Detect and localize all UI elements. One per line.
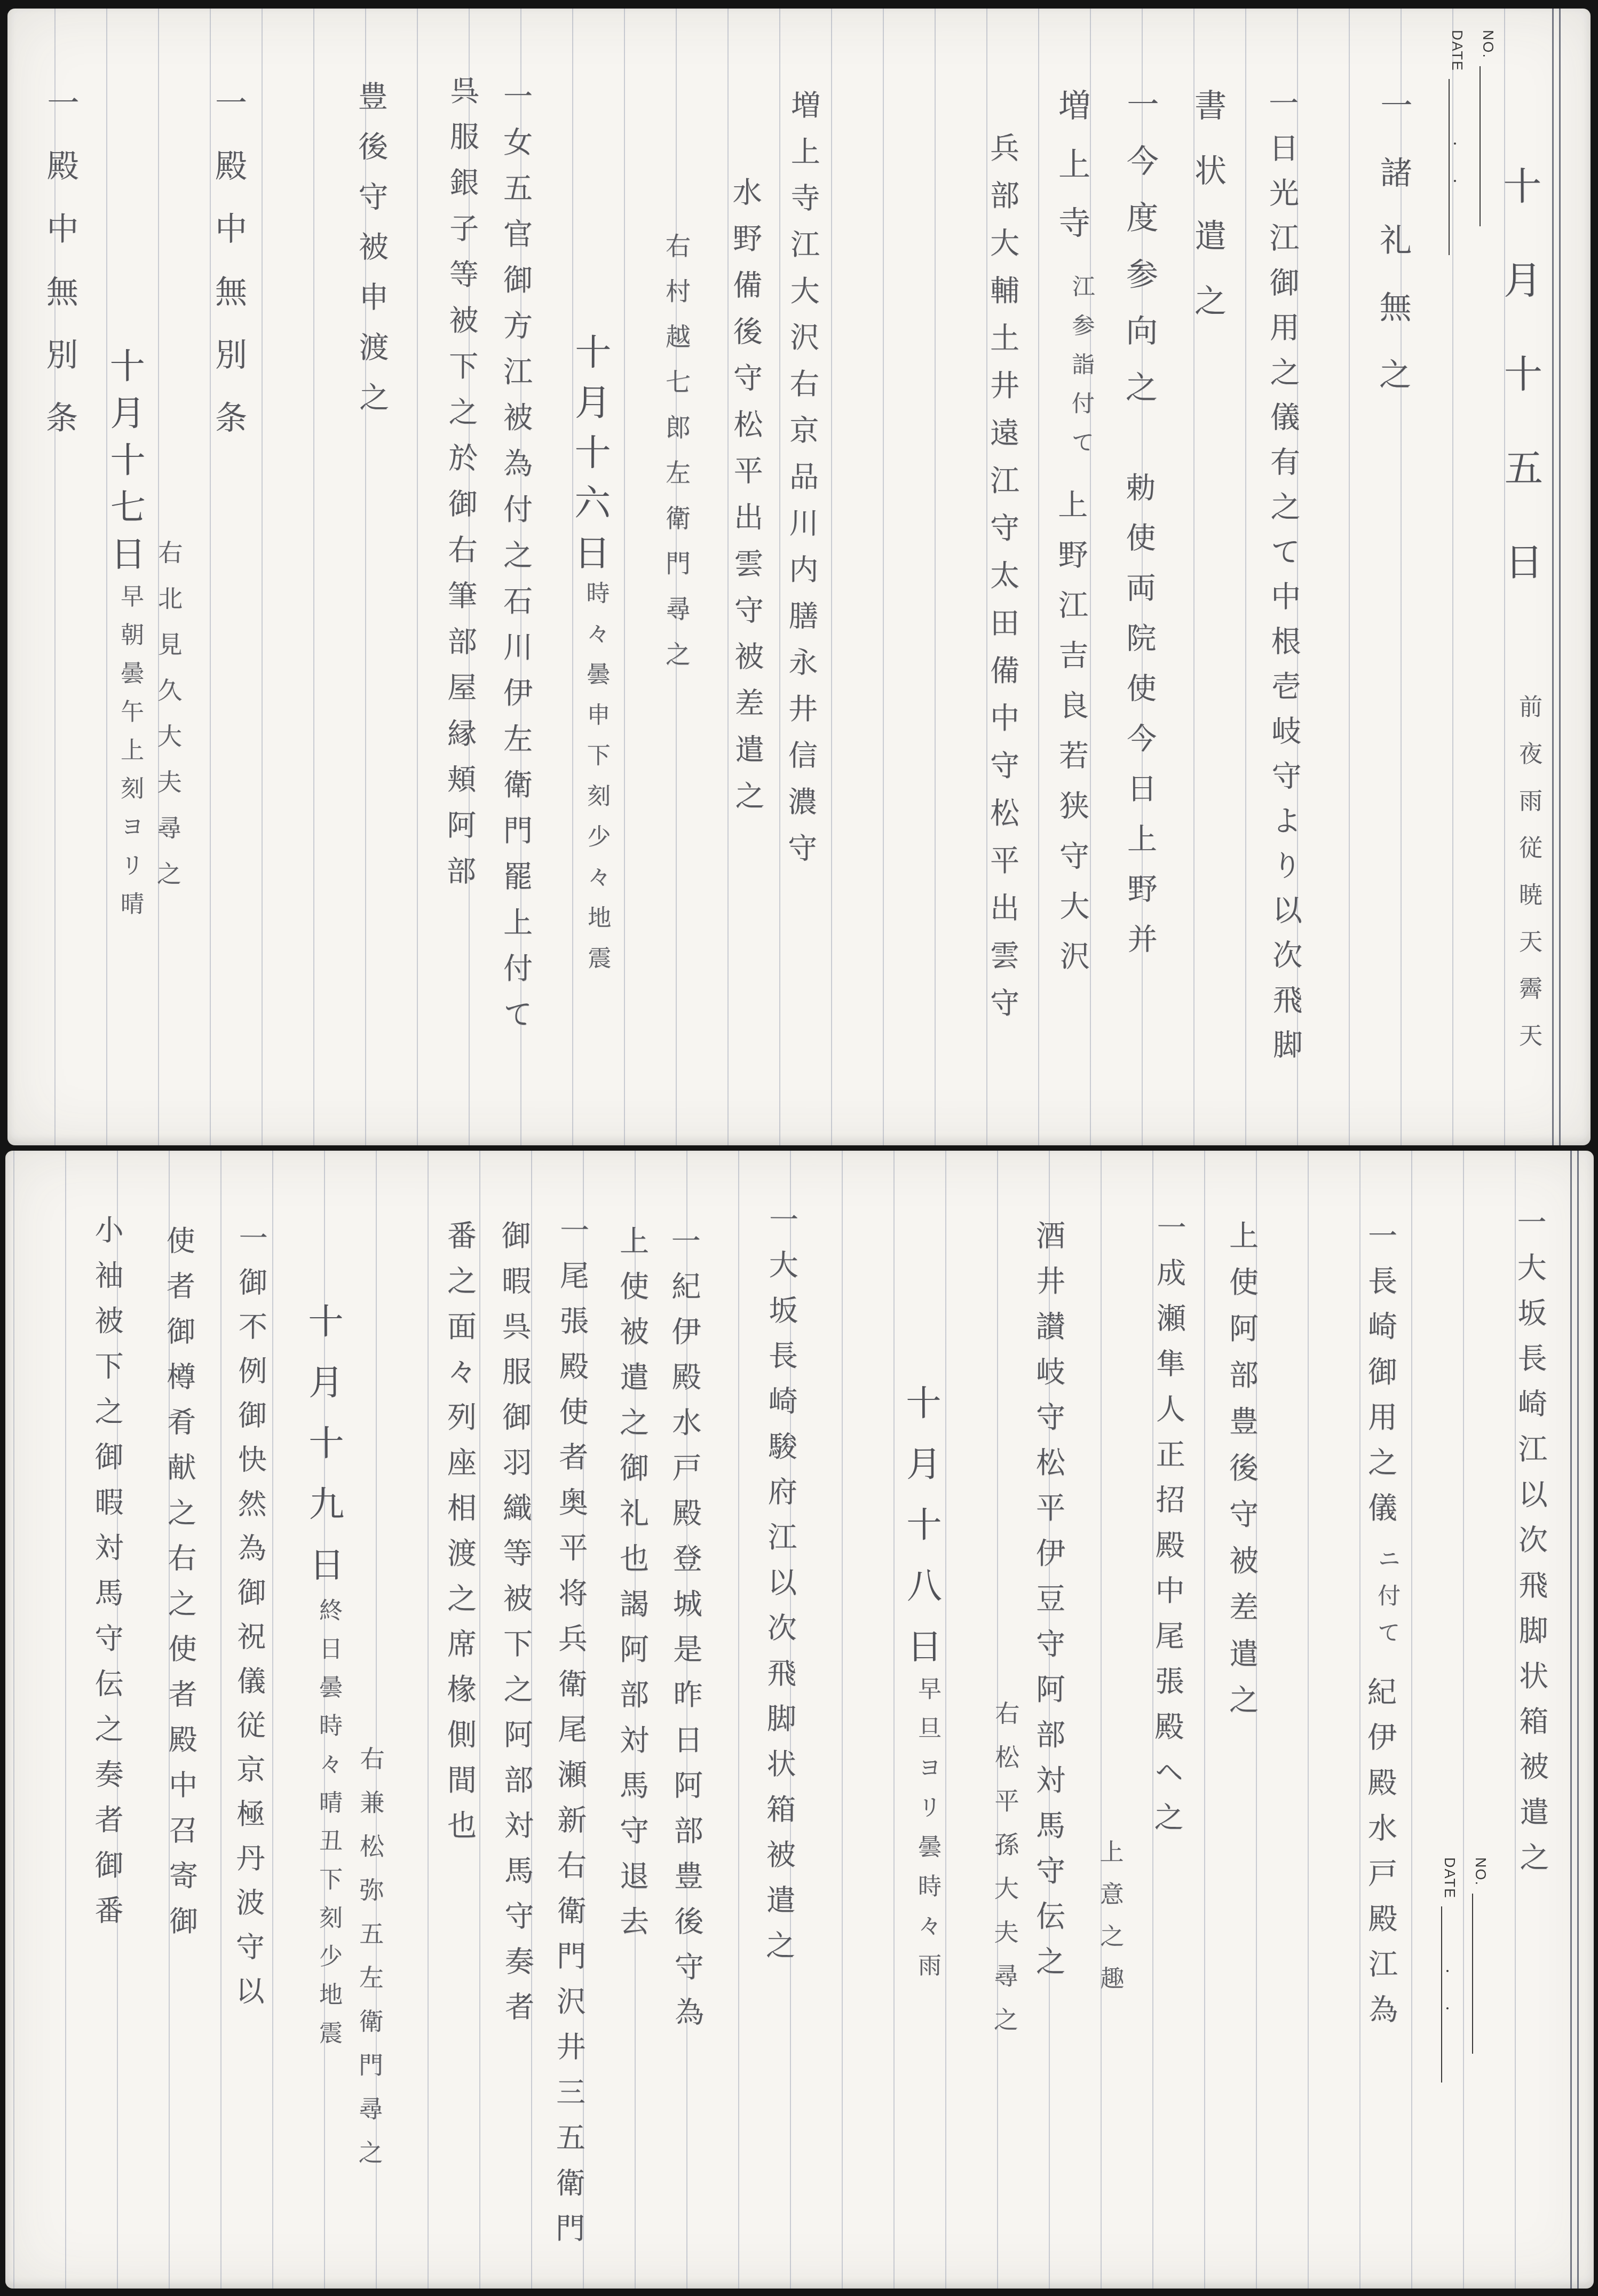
page-1: NO.DATE・・十月十五日前夜雨従暁天霽天一諸礼無之一日光江御用之儀有之て中根… [7, 9, 1591, 1145]
printed-header: NO.DATE・・ [1427, 1857, 1489, 2083]
date-dot: ・ [1447, 175, 1463, 187]
handwritten-column-body: 一紀伊殿水戸殿登城是昨日阿部豊後守為 [662, 1225, 708, 2042]
handwritten-column-date: 十月十九日 [297, 1303, 349, 1607]
handwritten-column-body: 増上寺 [1049, 89, 1095, 265]
date-dot: ・ [1447, 138, 1463, 149]
handwritten-column-body: 一尾張殿使者奥平将兵衛尾瀬新右衛門沢井三五衛門 [547, 1215, 594, 2258]
handwritten-column-body: 上使阿部豊後守被差遣之 [1220, 1220, 1262, 1731]
margin-rule [1577, 1151, 1579, 2289]
no-field: NO. [1472, 1857, 1489, 2083]
handwritten-column-annotation: ニ付て [1371, 1547, 1404, 1657]
handwritten-column-annotation: 上意之趣 [1092, 1839, 1127, 2008]
date-dot: ・ [1439, 1965, 1456, 1977]
no-field-label: NO. [1480, 30, 1496, 59]
date-field-label: DATE [1441, 1857, 1458, 1899]
handwritten-column-date: 十月十六日 [564, 333, 616, 584]
handwritten-column-body: 一諸礼無之 [1370, 89, 1417, 425]
handwritten-column-body: 一大坂長崎駿府江以次飛脚状箱被遣之 [757, 1204, 802, 1975]
handwritten-column-body: 紀伊殿水戸殿江為 [1358, 1676, 1402, 2039]
handwritten-column-body: 一殿中無別条 [36, 86, 83, 464]
date-dot: ・ [1439, 2002, 1456, 2014]
handwritten-column-annotation: 右北見久大夫尋之 [149, 540, 186, 907]
handwritten-column-annotation: 早旦ヨリ曇時々雨 [910, 1676, 944, 1992]
date-field-line: ・・ [1449, 79, 1466, 255]
handwritten-column-body: 一殿中無別条 [205, 86, 251, 464]
handwritten-column-body: 上使被遣之御礼也謁阿部対馬守退去 [611, 1225, 653, 1951]
date-field-label: DATE [1449, 30, 1465, 72]
handwritten-column-body: 使者御樽肴献之右之使者殿中召寄御 [158, 1225, 202, 1951]
handwritten-column-body: 一御不例御快然為御祝儀従京極丹波守以 [227, 1223, 272, 2020]
handwritten-column-body: 一今度参向之 [1116, 88, 1164, 427]
handwritten-column-body: 番之面々列座相渡之席椽側間也 [438, 1220, 480, 1855]
handwritten-column-annotation: 右兼松弥五左衛門尋之 [351, 1746, 388, 2183]
date-field-line: ・・ [1441, 1906, 1458, 2083]
date-field: DATE・・ [1441, 1857, 1458, 2083]
handwritten-column-annotation: 終日曇時々晴丑下刻少地震 [311, 1598, 345, 2059]
handwritten-column-annotation: 時々曇申下刻少々地震 [578, 581, 614, 986]
handwritten-column-body: 増上寺江大沢右京品川内膳永井信濃守 [779, 90, 824, 879]
no-field-line [1472, 1894, 1489, 2054]
handwritten-column-body: 小袖被下之御暇対馬守伝之奏者御番 [86, 1215, 128, 1941]
handwritten-column-annotation: 右村越七郎左衛門尋之 [658, 233, 694, 686]
handwritten-column-annotation: 前夜雨従暁天霽天 [1511, 694, 1545, 1070]
handwritten-column-body: 酒井讃岐守松平伊豆守阿部対馬守伝之 [1027, 1220, 1069, 1991]
printed-header: NO.DATE・・ [1435, 30, 1497, 255]
date-field: DATE・・ [1449, 30, 1466, 255]
handwritten-column-body: 一成瀬隼人正招殿中尾張殿ヘ之 [1145, 1212, 1190, 1847]
no-field-label: NO. [1472, 1857, 1489, 1886]
margin-rule [1570, 1151, 1572, 2289]
handwritten-column-body: 一日光江御用之儀有之て中根壱岐守より以次飛脚 [1260, 88, 1307, 1074]
handwritten-column-body: 水野備後守松平出雲守被差遣之 [723, 177, 768, 827]
handwritten-column-body: 御暇呉服御羽織等被下之阿部対馬守奏者 [493, 1220, 539, 2037]
handwritten-column-body: 呉服銀子等被下之於御右筆部屋縁頬阿部 [438, 75, 484, 901]
handwritten-column-annotation: 江参詣付て [1064, 274, 1098, 469]
handwritten-column-date: 十月十五日 [1491, 166, 1548, 636]
page-2: NO.DATE・・一大坂長崎江以次飛脚状箱被遣之一長崎御用之儀ニ付て紀伊殿水戸殿… [5, 1151, 1594, 2289]
handwritten-column-date: 十月十七日 [98, 347, 150, 582]
handwritten-column-body: 一長崎御用之儀 [1359, 1220, 1401, 1538]
handwritten-column-annotation: 早朝曇午上刻ヨリ晴 [113, 584, 147, 930]
handwritten-column-body: 勅使両院使今日上野并 [1117, 472, 1161, 973]
handwritten-column-annotation: 右松平孫大夫尋之 [986, 1700, 1023, 2050]
handwritten-column-body: 上野江吉良若狭守大沢 [1049, 489, 1094, 991]
handwritten-column-body: 豊後守被申渡之 [349, 81, 393, 432]
handwritten-column-body: 一大坂長崎江以次飛脚状箱被遣之 [1508, 1207, 1553, 1887]
handwritten-column-body: 兵部大輔土井遠江守太田備中守松平出雲守 [981, 132, 1023, 1035]
handwritten-column-body: 一女五官御方江被為付之石川伊左衛門罷上付て [494, 81, 536, 1044]
margin-rule [1559, 9, 1561, 1145]
margin-rule [1552, 9, 1554, 1145]
handwritten-column-date: 十月十八日 [895, 1384, 946, 1689]
handwritten-column-body: 書状遣之 [1185, 89, 1231, 349]
